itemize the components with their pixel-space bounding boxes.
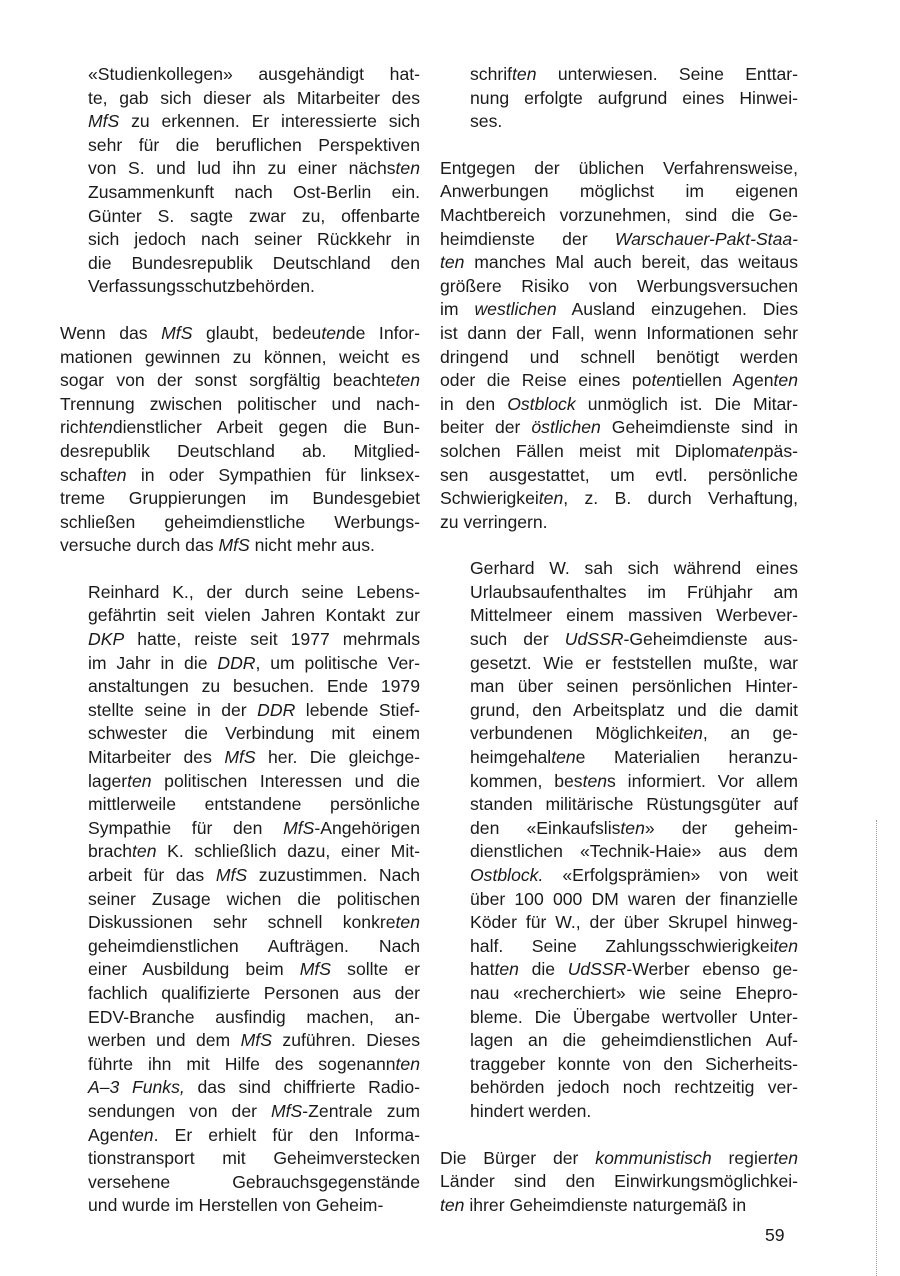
text-line: desrepublik Deutschland ab. Mitglied- — [60, 440, 420, 464]
text-line: treme Gruppierungen im Bundesgebiet — [60, 487, 420, 511]
text-line: führte ihn mit Hilfe des sogenannten — [88, 1053, 420, 1077]
text-line: schaften in oder Sympathien für linksex- — [60, 464, 420, 488]
text-line: bleme. Die Übergabe wertvoller Unter- — [470, 1006, 798, 1030]
text-line: Köder für W., der über Skrupel hinweg- — [470, 911, 798, 935]
text-line: Mitarbeiter des MfS her. Die gleichge- — [88, 746, 420, 770]
text-line: im Jahr in die DDR, um politische Ver- — [88, 652, 420, 676]
text-line: behörden jedoch noch rechtzeitig ver- — [470, 1076, 798, 1100]
body-paragraph: Wenn das MfS glaubt, bedeutende Infor-ma… — [60, 322, 420, 558]
text-line: Wenn das MfS glaubt, bedeutende Infor- — [60, 322, 420, 346]
text-line: heimdienste der Warschauer-Pakt-Staa- — [440, 228, 798, 252]
text-line: Reinhard K., der durch seine Lebens- — [88, 581, 420, 605]
text-line: Länder sind den Einwirkungsmöglichkei- — [440, 1170, 798, 1194]
text-line: Agenten. Er erhielt für den Informa- — [88, 1124, 420, 1148]
text-line: hatten die UdSSR-Werber ebenso ge- — [470, 958, 798, 982]
text-line: Gerhard W. sah sich während eines — [470, 557, 798, 581]
text-line: arbeit für das MfS zuzustimmen. Nach — [88, 864, 420, 888]
case-example-paragraph: «Studienkollegen» ausgehändigt hat-te, g… — [88, 63, 420, 299]
text-line: mittlerweile entstandene persönliche — [88, 793, 420, 817]
text-line: Schwierigkeiten, z. B. durch Verhaftung, — [440, 487, 798, 511]
text-line: Urlaubsaufenthaltes im Frühjahr am — [470, 581, 798, 605]
text-line: Trennung zwischen politischer und nach- — [60, 393, 420, 417]
text-line: Mittelmeer einem massiven Werbever- — [470, 604, 798, 628]
text-line: te, gab sich dieser als Mitarbeiter des — [88, 87, 420, 111]
text-line: «Studienkollegen» ausgehändigt hat- — [88, 63, 420, 87]
text-line: Ostblock. «Erfolgsprämien» von weit — [470, 864, 798, 888]
text-line: sendungen von der MfS-Zentrale zum — [88, 1100, 420, 1124]
text-line: heimgehaltene Materialien heranzu- — [470, 746, 798, 770]
left-column: «Studienkollegen» ausgehändigt hat-te, g… — [60, 63, 420, 1241]
text-line: EDV-Branche ausfindig machen, an- — [88, 1006, 420, 1030]
text-line: ten ihrer Geheimdienste naturgemäß in — [440, 1194, 798, 1218]
text-line: gefährtin seit vielen Jahren Kontakt zur — [88, 604, 420, 628]
text-line: richtendienstlicher Arbeit gegen die Bun… — [60, 416, 420, 440]
text-line: nau «recherchiert» wie seine Ehepro- — [470, 982, 798, 1006]
text-line: die Bundesrepublik Deutschland den — [88, 252, 420, 276]
text-line: werben und dem MfS zuführen. Dieses — [88, 1029, 420, 1053]
text-line: über 100 000 DM waren der finanzielle — [470, 888, 798, 912]
text-line: versuche durch das MfS nicht mehr aus. — [60, 534, 420, 558]
text-line: man über seinen persönlichen Hinter- — [470, 675, 798, 699]
text-line: anstaltungen zu besuchen. Ende 1979 — [88, 675, 420, 699]
text-line: such der UdSSR-Geheimdienste aus- — [470, 628, 798, 652]
text-line: Die Bürger der kommunistisch regierten — [440, 1147, 798, 1171]
case-example-paragraph: Reinhard K., der durch seine Lebens-gefä… — [88, 581, 420, 1218]
text-line: stellte seine in der DDR lebende Stief- — [88, 699, 420, 723]
text-line: Günter S. sagte zwar zu, offenbarte — [88, 205, 420, 229]
text-line: einer Ausbildung beim MfS sollte er — [88, 958, 420, 982]
text-line: half. Seine Zahlungsschwierigkeiten — [470, 935, 798, 959]
text-line: lagen an die geheimdienstlichen Auf- — [470, 1029, 798, 1053]
text-line: sen ausgestattet, um evtl. persönliche — [440, 464, 798, 488]
text-line: ses. — [470, 110, 798, 134]
case-example-paragraph: Gerhard W. sah sich während einesUrlaubs… — [470, 557, 798, 1123]
text-line: lagerten politischen Interessen und die — [88, 770, 420, 794]
text-line: schriften unterwiesen. Seine Enttar- — [470, 63, 798, 87]
page-number: 59 — [765, 1225, 785, 1246]
text-line: dringend und schnell benötigt werden — [440, 346, 798, 370]
text-line: Machtbereich vorzunehmen, sind die Ge- — [440, 204, 798, 228]
document-page: «Studienkollegen» ausgehändigt hat-te, g… — [0, 0, 900, 1276]
text-line: schließen geheimdienstliche Werbungs- — [60, 511, 420, 535]
text-line: beiter der östlichen Geheimdienste sind … — [440, 416, 798, 440]
scan-edge-line — [876, 820, 877, 1276]
text-line: im westlichen Ausland einzugehen. Dies — [440, 298, 798, 322]
text-line: solchen Fällen meist mit Diplomatenpäs- — [440, 440, 798, 464]
text-line: A–3 Funks, das sind chiffrierte Radio- — [88, 1076, 420, 1100]
text-line: größere Risiko von Werbungsversuchen — [440, 275, 798, 299]
text-line: hindert werden. — [470, 1100, 798, 1124]
text-line: Sympathie für den MfS-Angehörigen — [88, 817, 420, 841]
text-line: tionstransport mit Geheimverstecken — [88, 1147, 420, 1171]
text-line: den «Einkaufslisten» der geheim- — [470, 817, 798, 841]
text-line: versehene Gebrauchsgegenstände — [88, 1171, 420, 1195]
right-column: schriften unterwiesen. Seine Enttar-nung… — [440, 63, 798, 1240]
text-line: sehr für die beruflichen Perspektiven — [88, 134, 420, 158]
text-line: Verfassungsschutzbehörden. — [88, 275, 420, 299]
text-line: sich jedoch nach seiner Rückkehr in — [88, 228, 420, 252]
text-line: traggeber konnte von den Sicherheits- — [470, 1053, 798, 1077]
text-line: oder die Reise eines potentiellen Agente… — [440, 369, 798, 393]
text-line: ist dann der Fall, wenn Informationen se… — [440, 322, 798, 346]
text-line: verbundenen Möglichkeiten, an ge- — [470, 722, 798, 746]
text-line: fachlich qualifizierte Personen aus der — [88, 982, 420, 1006]
text-line: zu verringern. — [440, 511, 798, 535]
text-line: standen militärische Rüstungsgüter auf — [470, 793, 798, 817]
body-paragraph: Die Bürger der kommunistisch regiertenLä… — [440, 1147, 798, 1218]
text-line: seiner Zusage wichen die politischen — [88, 888, 420, 912]
text-line: Zusammenkunft nach Ost-Berlin ein. — [88, 181, 420, 205]
text-line: mationen gewinnen zu können, weicht es — [60, 346, 420, 370]
text-line: Anwerbungen möglichst im eigenen — [440, 180, 798, 204]
text-line: sogar von der sonst sorgfältig beachtete… — [60, 369, 420, 393]
text-line: in den Ostblock unmöglich ist. Die Mitar… — [440, 393, 798, 417]
text-line: brachten K. schließlich dazu, einer Mit- — [88, 840, 420, 864]
text-line: nung erfolgte aufgrund eines Hinwei- — [470, 87, 798, 111]
text-line: Entgegen der üblichen Verfahrensweise, — [440, 157, 798, 181]
text-line: geheimdienstlichen Aufträgen. Nach — [88, 935, 420, 959]
text-line: und wurde im Herstellen von Geheim- — [88, 1194, 420, 1218]
text-line: dienstlichen «Technik-Haie» aus dem — [470, 840, 798, 864]
text-line: kommen, bestens informiert. Vor allem — [470, 770, 798, 794]
text-line: gesetzt. Wie er feststellen mußte, war — [470, 652, 798, 676]
text-line: schwester die Verbindung mit einem — [88, 722, 420, 746]
text-line: Diskussionen sehr schnell konkreten — [88, 911, 420, 935]
body-paragraph: Entgegen der üblichen Verfahrensweise,An… — [440, 157, 798, 535]
text-line: MfS zu erkennen. Er interessierte sich — [88, 110, 420, 134]
text-line: von S. und lud ihn zu einer nächsten — [88, 157, 420, 181]
text-line: DKP hatte, reiste seit 1977 mehrmals — [88, 628, 420, 652]
text-line: grund, den Arbeitsplatz und die damit — [470, 699, 798, 723]
text-line: ten manches Mal auch bereit, das weitaus — [440, 251, 798, 275]
case-example-paragraph: schriften unterwiesen. Seine Enttar-nung… — [470, 63, 798, 134]
